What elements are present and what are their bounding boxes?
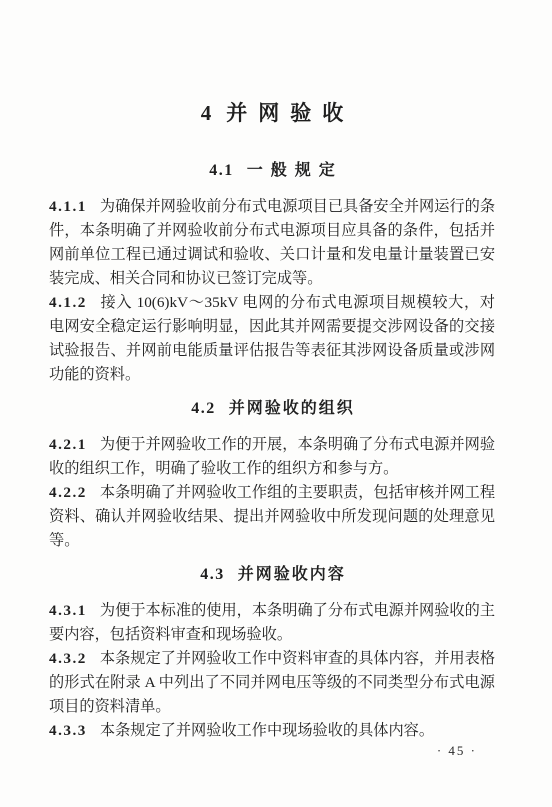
chapter-title: 4并网验收 [49, 100, 495, 126]
clause-number: 4.1.1 [49, 198, 87, 215]
clause-number: 4.2.1 [49, 436, 87, 453]
section-heading-title: 并网验收的组织 [229, 400, 355, 417]
clause-text: 本条规定了并网验收工作中资料审查的具体内容，并用表格的形式在附录 A 中列出了不… [49, 650, 495, 715]
clause-paragraph: 4.1.1为确保并网验收前分布式电源项目已具备安全并网运行的条件，本条明确了并网… [49, 195, 495, 291]
clause-paragraph: 4.2.1为便于并网验收工作的开展，本条明确了分布式电源并网验收的组织工作，明确… [49, 433, 495, 481]
section-heading: 4.2并网验收的组织 [49, 399, 495, 419]
clause-paragraph: 4.3.2本条规定了并网验收工作中资料审查的具体内容，并用表格的形式在附录 A … [49, 647, 495, 719]
section-heading: 4.3并网验收内容 [49, 565, 495, 585]
clause-text: 为便于并网验收工作的开展，本条明确了分布式电源并网验收的组织工作，明确了验收工作… [49, 436, 495, 477]
clause-text: 本条规定了并网验收工作中现场验收的具体内容。 [100, 722, 434, 739]
clause-number: 4.3.2 [49, 650, 87, 667]
section-4-2: 4.2并网验收的组织 4.2.1为便于并网验收工作的开展，本条明确了分布式电源并… [49, 399, 495, 553]
section-heading-number: 4.3 [200, 566, 225, 583]
section-heading-number: 4.2 [191, 400, 216, 417]
clause-text: 本条明确了并网验收工作组的主要职责，包括审核并网工程资料、确认并网验收结果、提出… [49, 484, 495, 549]
section-heading-title: 一 般 规 定 [247, 162, 337, 179]
clause-number: 4.2.2 [49, 484, 87, 501]
section-heading: 4.1一 般 规 定 [49, 161, 495, 181]
section-heading-number: 4.1 [209, 162, 234, 179]
section-heading-title: 并网验收内容 [238, 566, 346, 583]
chapter-number: 4 [201, 101, 212, 125]
clause-paragraph: 4.3.1为便于本标准的使用，本条明确了分布式电源并网验收的主要内容，包括资料审… [49, 599, 495, 647]
clause-number: 4.1.2 [49, 294, 87, 311]
page-number: · 45 · [437, 743, 477, 759]
clause-text: 为便于本标准的使用，本条明确了分布式电源并网验收的主要内容，包括资料审查和现场验… [49, 602, 495, 643]
document-page: 4并网验收 4.1一 般 规 定 4.1.1为确保并网验收前分布式电源项目已具备… [0, 0, 552, 807]
clause-number: 4.3.1 [49, 602, 87, 619]
clause-paragraph: 4.3.3本条规定了并网验收工作中现场验收的具体内容。 [49, 719, 495, 743]
clause-paragraph: 4.1.2接入 10(6)kV～35kV 电网的分布式电源项目规模较大，对电网安… [49, 291, 495, 387]
clause-text: 接入 10(6)kV～35kV 电网的分布式电源项目规模较大，对电网安全稳定运行… [49, 294, 495, 383]
clause-text: 为确保并网验收前分布式电源项目已具备安全并网运行的条件，本条明确了并网验收前分布… [49, 198, 495, 287]
clause-paragraph: 4.2.2本条明确了并网验收工作组的主要职责，包括审核并网工程资料、确认并网验收… [49, 481, 495, 553]
clause-number: 4.3.3 [49, 722, 87, 739]
section-4-3: 4.3并网验收内容 4.3.1为便于本标准的使用，本条明确了分布式电源并网验收的… [49, 565, 495, 743]
chapter-name: 并网验收 [226, 101, 354, 125]
section-4-1: 4.1一 般 规 定 4.1.1为确保并网验收前分布式电源项目已具备安全并网运行… [49, 161, 495, 387]
